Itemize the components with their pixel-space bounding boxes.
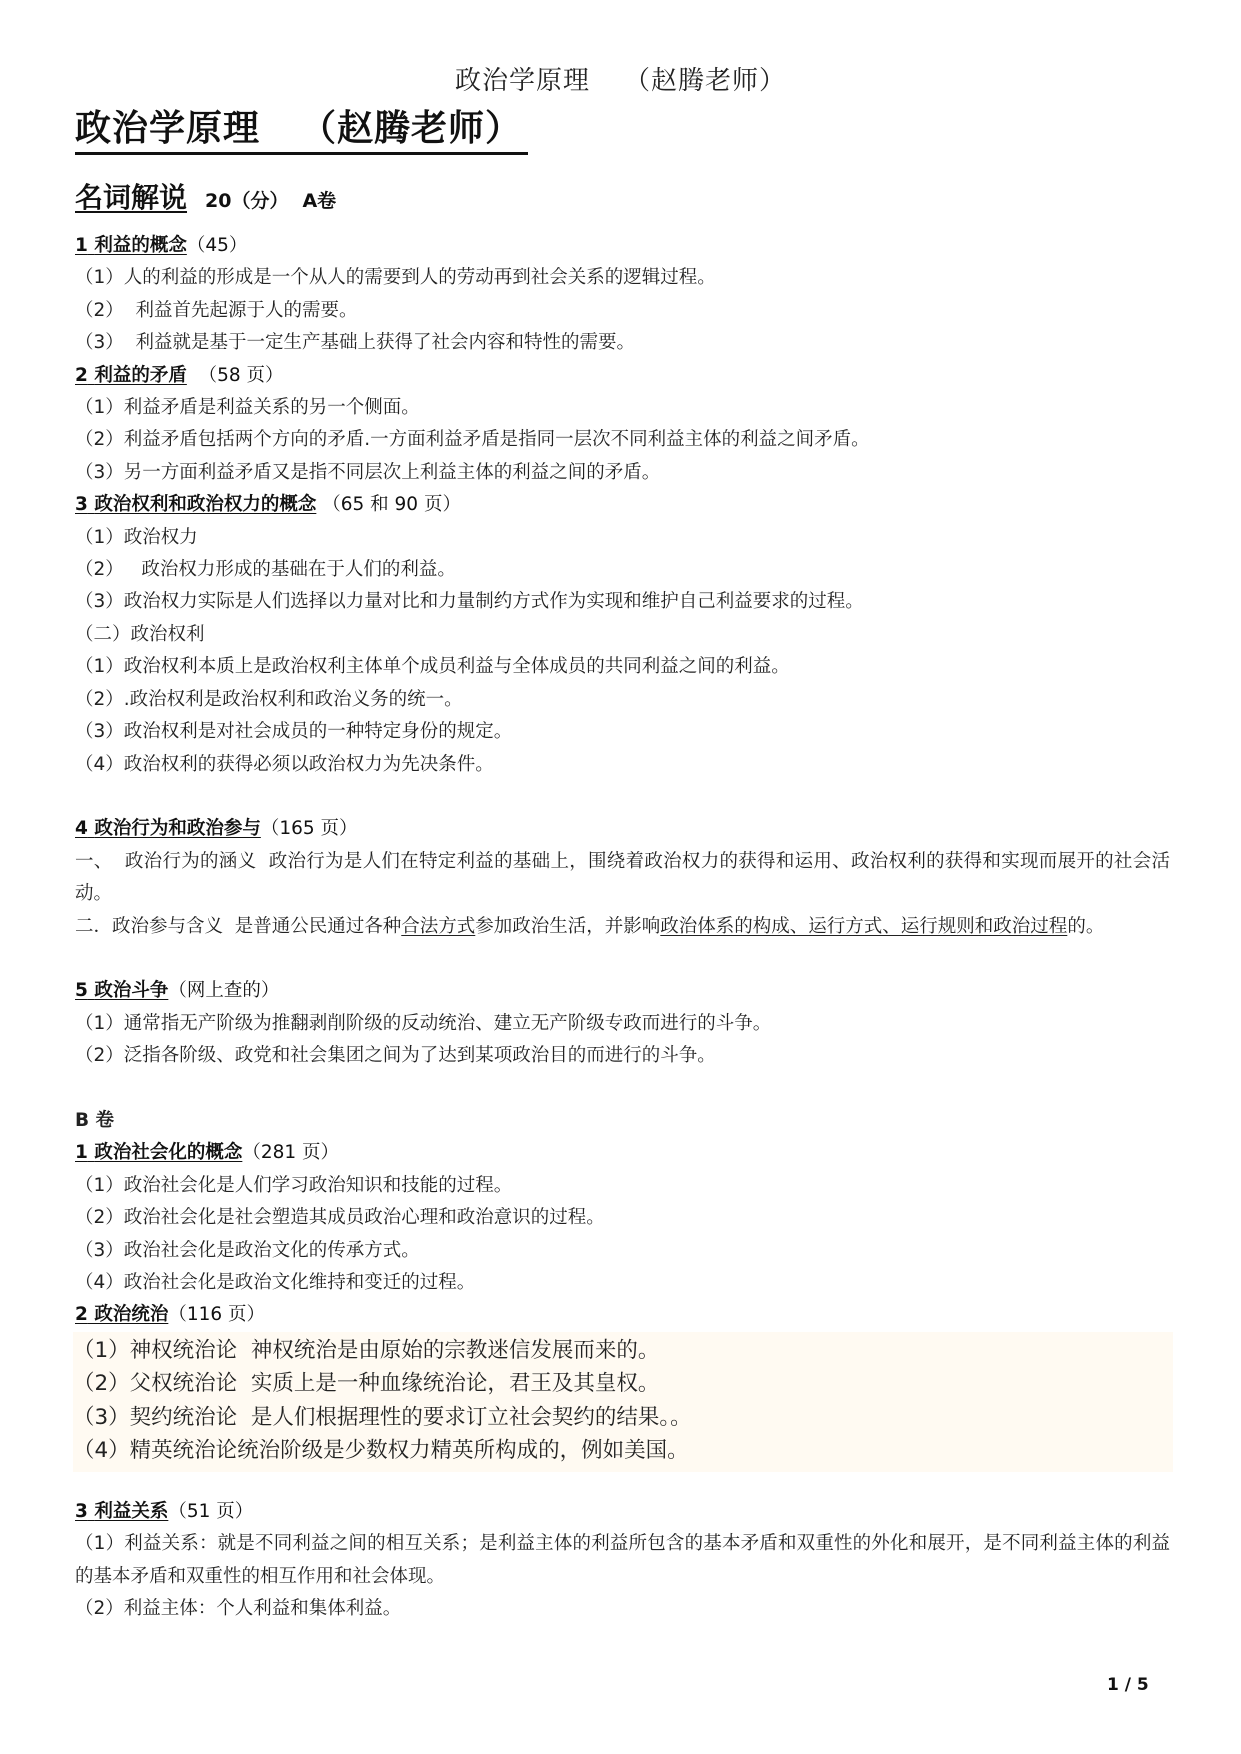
item-heading: 1 利益的概念（45）	[75, 230, 1170, 262]
list-item: （2）政治社会化是社会塑造其成员政治心理和政治意识的过程。	[75, 1202, 1170, 1234]
item-heading: 2 利益的矛盾 （58 页）	[75, 360, 1170, 392]
running-header-teacher: （赵腾老师）	[624, 66, 786, 96]
page-number: 1 / 5	[1107, 1675, 1149, 1695]
spacer	[75, 781, 1170, 813]
paragraph: 二．政治参与含义 是普通公民通过各种合法方式参加政治生活，并影响政治体系的构成、…	[75, 911, 1170, 943]
list-item: （3）政治权力实际是人们选择以力量对比和力量制约方式作为实现和维护自己利益要求的…	[75, 586, 1170, 618]
item-heading: 3 政治权利和政治权力的概念 （65 和 90 页）	[75, 489, 1170, 521]
volume-b-label: B 卷	[75, 1105, 1170, 1137]
list-item: （1）通常指无产阶级为推翻剥削阶级的反动统治、建立无产阶级专政而进行的斗争。	[75, 1008, 1170, 1040]
running-header: 政治学原理（赵腾老师）	[0, 60, 1241, 97]
list-item: （3）政治社会化是政治文化的传承方式。	[75, 1235, 1170, 1267]
item-heading: 4 政治行为和政治参与（165 页）	[75, 813, 1170, 845]
highlighted-block: （1）神权统治论 神权统治是由原始的宗教迷信发展而来的。 （2）父权统治论 实质…	[73, 1332, 1173, 1472]
spacer	[75, 1073, 1170, 1105]
section-heading: 名词解说20（分）A卷	[75, 176, 336, 216]
list-item: （二）政治权利	[75, 619, 1170, 651]
list-item: （1）人的利益的形成是一个从人的需要到人的劳动再到社会关系的逻辑过程。	[75, 262, 1170, 294]
running-header-title: 政治学原理	[455, 66, 590, 96]
list-item: （1）政治权利本质上是政治权利主体单个成员利益与全体成员的共同利益之间的利益。	[75, 651, 1170, 683]
list-item: （1）神权统治论 神权统治是由原始的宗教迷信发展而来的。	[73, 1334, 1173, 1368]
section-title: 名词解说	[75, 181, 187, 214]
spacer	[75, 943, 1170, 975]
list-item: （4）政治权利的获得必须以政治权力为先决条件。	[75, 749, 1170, 781]
list-item: （3） 利益就是基于一定生产基础上获得了社会内容和特性的需要。	[75, 327, 1170, 359]
list-item: （3）另一方面利益矛盾又是指不同层次上利益主体的利益之间的矛盾。	[75, 457, 1170, 489]
list-item: （2）.政治权利是政治权利和政治义务的统一。	[75, 684, 1170, 716]
list-item: （3）政治权利是对社会成员的一种特定身份的规定。	[75, 716, 1170, 748]
list-item: （2）利益主体：个人利益和集体利益。	[75, 1593, 1170, 1625]
list-item: （4）精英统治论统治阶级是少数权力精英所构成的，例如美国。	[73, 1434, 1173, 1468]
list-item: （1）政治权力	[75, 522, 1170, 554]
page-title: 政治学原理（赵腾老师）	[75, 106, 528, 155]
list-item: （4）政治社会化是政治文化维持和变迁的过程。	[75, 1267, 1170, 1299]
item-heading: 3 利益关系（51 页）	[75, 1496, 1170, 1528]
section-points: 20（分）	[205, 190, 288, 212]
list-item: （1）政治社会化是人们学习政治知识和技能的过程。	[75, 1170, 1170, 1202]
list-item: （2）父权统治论 实质上是一种血缘统治论，君王及其皇权。	[73, 1367, 1173, 1401]
document-page: 政治学原理（赵腾老师） 政治学原理（赵腾老师） 名词解说20（分）A卷 1 利益…	[0, 0, 1241, 1754]
item-heading: 2 政治统治（116 页）	[75, 1299, 1170, 1331]
list-item: （1）利益矛盾是利益关系的另一个侧面。	[75, 392, 1170, 424]
item-heading: 1 政治社会化的概念（281 页）	[75, 1137, 1170, 1169]
list-item: （2） 利益首先起源于人的需要。	[75, 295, 1170, 327]
paragraph: 一、 政治行为的涵义 政治行为是人们在特定利益的基础上，围绕着政治权力的获得和运…	[75, 846, 1170, 911]
title-text: 政治学原理	[75, 108, 260, 149]
section-volume: A卷	[302, 190, 336, 212]
document-body: 1 利益的概念（45） （1）人的利益的形成是一个从人的需要到人的劳动再到社会关…	[75, 230, 1170, 1625]
spacer	[75, 1472, 1170, 1496]
list-item: （3）契约统治论 是人们根据理性的要求订立社会契约的结果。。	[73, 1401, 1173, 1435]
item-heading: 5 政治斗争（网上查的）	[75, 975, 1170, 1007]
list-item: （2）泛指各阶级、政党和社会集团之间为了达到某项政治目的而进行的斗争。	[75, 1040, 1170, 1072]
paragraph: （1）利益关系：就是不同利益之间的相互关系；是利益主体的利益所包含的基本矛盾和双…	[75, 1528, 1170, 1593]
title-teacher: （赵腾老师）	[300, 108, 522, 149]
list-item: （2）利益矛盾包括两个方向的矛盾.一方面利益矛盾是指同一层次不同利益主体的利益之…	[75, 424, 1170, 456]
underlined-phrase: 合法方式	[401, 916, 475, 937]
underlined-phrase: 政治体系的构成、运行方式、运行规则和政治过程	[660, 916, 1067, 937]
list-item: （2） 政治权力形成的基础在于人们的利益。	[75, 554, 1170, 586]
